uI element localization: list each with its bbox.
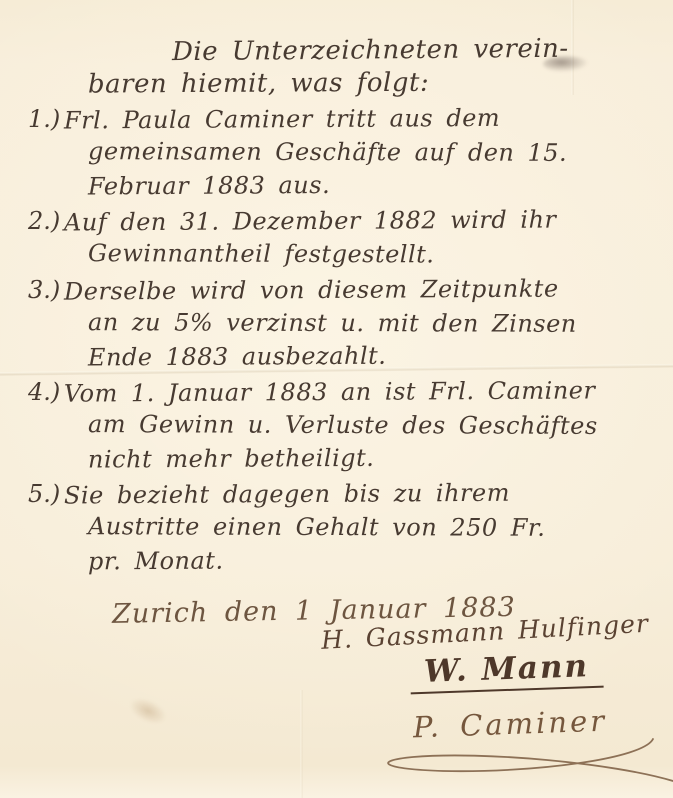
heading-line-2: baren hiemit, was folgt: — [88, 65, 673, 101]
item-text-line: pr. Monat. — [88, 543, 546, 579]
item-text-line: am Gewinn u. Verluste des Geschäftes — [88, 408, 598, 443]
agreement-items: 1.) Frl. Paula Caminer tritt aus dem gem… — [0, 103, 673, 577]
agreement-item-4: 4.) Vom 1. Januar 1883 an ist Frl. Camin… — [28, 376, 673, 475]
item-text-line: Sie bezieht dagegen bis zu ihrem — [64, 477, 546, 513]
item-text-line: Februar 1883 aus. — [88, 168, 567, 204]
item-text-line: Austritte einen Gehalt von 250 Fr. — [88, 510, 546, 545]
item-text-line: Auf den 31. Dezember 1882 wird ihr — [64, 203, 557, 239]
agreement-item-1: 1.) Frl. Paula Caminer tritt aus dem gem… — [28, 103, 673, 202]
document-body: Die Unterzeichneten verein- baren hiemit… — [0, 34, 673, 626]
document-heading: Die Unterzeichneten verein- baren hiemit… — [0, 34, 673, 100]
item-number: 5.) — [28, 478, 64, 577]
item-text-line: Derselbe wird von diesem Zeitpunkte — [64, 272, 577, 308]
item-text-line: Gewinnantheil festgestellt. — [88, 237, 557, 272]
item-number: 1.) — [28, 103, 64, 202]
document-page: Die Unterzeichneten verein- baren hiemit… — [0, 0, 673, 798]
item-text-line: an zu 5% verzinst u. mit den Zinsen — [88, 306, 577, 341]
paper-stain — [125, 693, 171, 730]
heading-line-1: Die Unterzeichneten verein- — [172, 32, 673, 69]
signature-p-caminer: P. Caminer — [412, 704, 607, 745]
item-number: 2.) — [28, 205, 64, 271]
item-text-line: Frl. Paula Caminer tritt aus dem — [64, 101, 567, 137]
agreement-item-5: 5.) Sie bezieht dagegen bis zu ihrem Aus… — [28, 478, 673, 577]
agreement-item-3: 3.) Derselbe wird von diesem Zeitpunkte … — [28, 274, 673, 373]
item-text-line: Vom 1. Januar 1883 an ist Frl. Caminer — [64, 374, 598, 410]
item-number: 4.) — [28, 376, 64, 475]
item-text-line: gemeinsamen Geschäfte auf den 15. — [88, 135, 567, 170]
item-text-line: Ende 1883 ausbezahlt. — [88, 339, 577, 375]
signature-flourish — [353, 733, 673, 793]
signature-caminer-wrap: P. Caminer — [413, 707, 607, 741]
agreement-item-2: 2.) Auf den 31. Dezember 1882 wird ihr G… — [28, 205, 673, 271]
item-text-line: nicht mehr betheiligt. — [88, 440, 598, 476]
item-number: 3.) — [28, 274, 64, 373]
signature-block: H. Gassmann Hulfinger W. Mann P. Caminer — [295, 618, 655, 741]
signature-w-mann: W. Mann — [409, 648, 603, 695]
